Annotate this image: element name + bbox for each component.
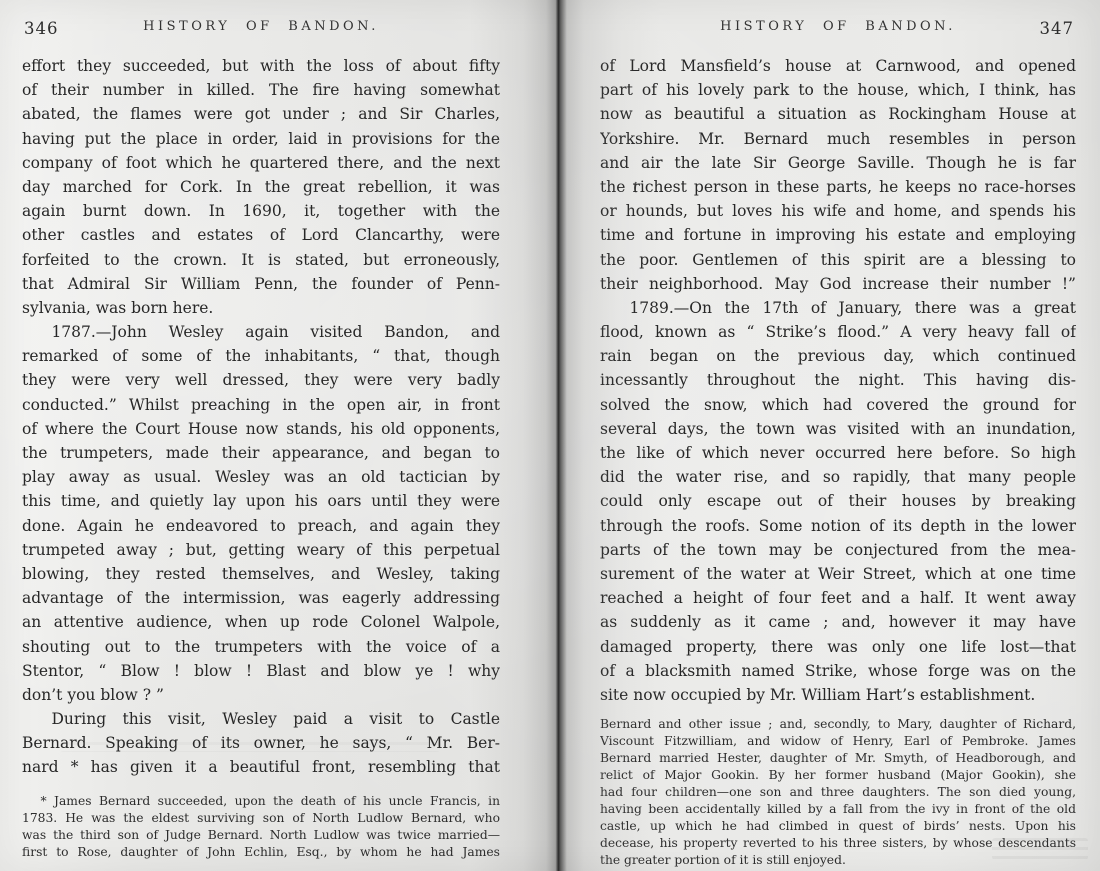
text-line: the trumpeters, made their appearance, a… bbox=[22, 441, 500, 465]
text-line: Bernard and other issue ; and, secondly,… bbox=[600, 716, 1076, 733]
text-line: the richest person in these parts, he ke… bbox=[600, 175, 1076, 199]
page-number: 347 bbox=[1040, 19, 1075, 38]
text-line: time and fortune in improving his estate… bbox=[600, 223, 1076, 247]
text-line: 1783. He was the eldest surviving son of… bbox=[22, 810, 500, 827]
text-line: Viscount Fitzwilliam, and widow of Henry… bbox=[600, 733, 1076, 750]
text-line: part of his lovely park to the house, wh… bbox=[600, 78, 1076, 102]
text-line: reached a height of four feet and a half… bbox=[600, 586, 1076, 610]
text-line: trumpeted away ; but, getting weary of t… bbox=[22, 538, 500, 562]
text-line: the greater portion of it is still enjoy… bbox=[600, 852, 1076, 869]
text-line: or hounds, but loves his wife and home, … bbox=[600, 199, 1076, 223]
text-line: this time, and quietly lay upon his oars… bbox=[22, 489, 500, 513]
text-line: the like of which never occurred here be… bbox=[600, 441, 1076, 465]
text-line: effort they succeeded, but with the loss… bbox=[22, 54, 500, 78]
text-line: could only escape out of their houses by… bbox=[600, 489, 1076, 513]
text-line: had four children—one son and three daug… bbox=[600, 784, 1076, 801]
text-line: having put the place in order, laid in p… bbox=[22, 127, 500, 151]
text-line: Bernard married Hester, daughter of Mr. … bbox=[600, 750, 1076, 767]
text-line: incessantly throughout the night. This h… bbox=[600, 368, 1076, 392]
text-line: now as beautiful a situation as Rockingh… bbox=[600, 102, 1076, 126]
text-line: * James Bernard succeeded, upon the deat… bbox=[22, 793, 500, 810]
text-line: During this visit, Wesley paid a visit t… bbox=[22, 707, 500, 731]
text-line: decease, his property reverted to his th… bbox=[600, 835, 1076, 852]
text-line: several days, the town was visited with … bbox=[600, 417, 1076, 441]
text-line: 1789.—On the 17th of January, there was … bbox=[600, 296, 1076, 320]
text-line: sylvania, was born here. bbox=[22, 296, 500, 320]
text-line: advantage of the intermission, was eager… bbox=[22, 586, 500, 610]
text-line: done. Again he endeavored to preach, and… bbox=[22, 514, 500, 538]
text-line: 1787.—John Wesley again visited Bandon, … bbox=[22, 320, 500, 344]
text-line: Yorkshire. Mr. Bernard much resembles in… bbox=[600, 127, 1076, 151]
text-line: relict of Major Gookin. By her former hu… bbox=[600, 767, 1076, 784]
text-line: and air the late Sir George Saville. Tho… bbox=[600, 151, 1076, 175]
text-line: did the water rise, and so rapidly, that… bbox=[600, 465, 1076, 489]
text-line: play away as usual. Wesley was an old ta… bbox=[22, 465, 500, 489]
text-line: abated, the flames were got under ; and … bbox=[22, 102, 500, 126]
running-header: HISTORY OF BANDON. bbox=[22, 19, 500, 34]
text-line: through the roofs. Some notion of its de… bbox=[600, 514, 1076, 538]
text-line: of Lord Mansfield’s house at Carnwood, a… bbox=[600, 54, 1076, 78]
book-scan: 346 HISTORY OF BANDON. effort they succe… bbox=[0, 0, 1100, 871]
text-line: was the third son of Judge Bernard. Nort… bbox=[22, 827, 500, 844]
text-line: that Admiral Sir William Penn, the found… bbox=[22, 272, 500, 296]
text-line: of a blacksmith named Strike, whose forg… bbox=[600, 659, 1076, 683]
text-line: damaged property, there was only one lif… bbox=[600, 635, 1076, 659]
right-page-body: of Lord Mansfield’s house at Carnwood, a… bbox=[600, 54, 1076, 707]
text-line: company of foot which he quartered there… bbox=[22, 151, 500, 175]
running-header: HISTORY OF BANDON. bbox=[600, 19, 1076, 34]
left-page-footnote: * James Bernard succeeded, upon the deat… bbox=[22, 793, 500, 861]
text-line: of where the Court House now stands, his… bbox=[22, 417, 500, 441]
text-line: blowing, they rested themselves, and Wes… bbox=[22, 562, 500, 586]
text-line: Bernard. Speaking of its owner, he says,… bbox=[22, 731, 500, 755]
text-line: don’t you blow ? ” bbox=[22, 683, 500, 707]
text-line: of their number in killed. The fire havi… bbox=[22, 78, 500, 102]
text-line: rain began on the previous day, which co… bbox=[600, 344, 1076, 368]
text-line: forfeited to the crown. It is stated, bu… bbox=[22, 248, 500, 272]
text-line: an attentive audience, when up rode Colo… bbox=[22, 610, 500, 634]
text-line: castle, up which he had climbed in quest… bbox=[600, 818, 1076, 835]
text-line: surement of the water at Weir Street, wh… bbox=[600, 562, 1076, 586]
text-line: first to Rose, daughter of John Echlin, … bbox=[22, 844, 500, 861]
left-page-header: 346 HISTORY OF BANDON. bbox=[22, 19, 500, 41]
text-line: flood, known as “ Strike’s flood.” A ver… bbox=[600, 320, 1076, 344]
text-line: again burnt down. In 1690, it, together … bbox=[22, 199, 500, 223]
right-page-header: HISTORY OF BANDON. 347 bbox=[600, 19, 1076, 41]
text-line: they were very well dressed, they were v… bbox=[22, 368, 500, 392]
text-line: remarked of some of the inhabitants, “ t… bbox=[22, 344, 500, 368]
left-page-body: effort they succeeded, but with the loss… bbox=[22, 54, 500, 780]
text-line: site now occupied by Mr. William Hart’s … bbox=[600, 683, 1076, 707]
text-line: day marched for Cork. In the great rebel… bbox=[22, 175, 500, 199]
text-line: nard * has given it a beautiful front, r… bbox=[22, 755, 500, 779]
text-line: shouting out to the trumpeters with the … bbox=[22, 635, 500, 659]
text-line: the poor. Gentlemen of this spirit are a… bbox=[600, 248, 1076, 272]
text-line: Stentor, “ Blow ! blow ! Blast and blow … bbox=[22, 659, 500, 683]
text-line: solved the snow, which had covered the g… bbox=[600, 393, 1076, 417]
text-line: conducted.” Whilst preaching in the open… bbox=[22, 393, 500, 417]
text-line: as suddenly as it came ; and, however it… bbox=[600, 610, 1076, 634]
page-number: 346 bbox=[24, 19, 59, 38]
text-line: other castles and estates of Lord Clanca… bbox=[22, 223, 500, 247]
right-page-footnote: Bernard and other issue ; and, secondly,… bbox=[600, 716, 1076, 869]
text-line: their neighborhood. May God increase the… bbox=[600, 272, 1076, 296]
text-line: parts of the town may be conjectured fro… bbox=[600, 538, 1076, 562]
text-line: having been accidentally killed by a fal… bbox=[600, 801, 1076, 818]
